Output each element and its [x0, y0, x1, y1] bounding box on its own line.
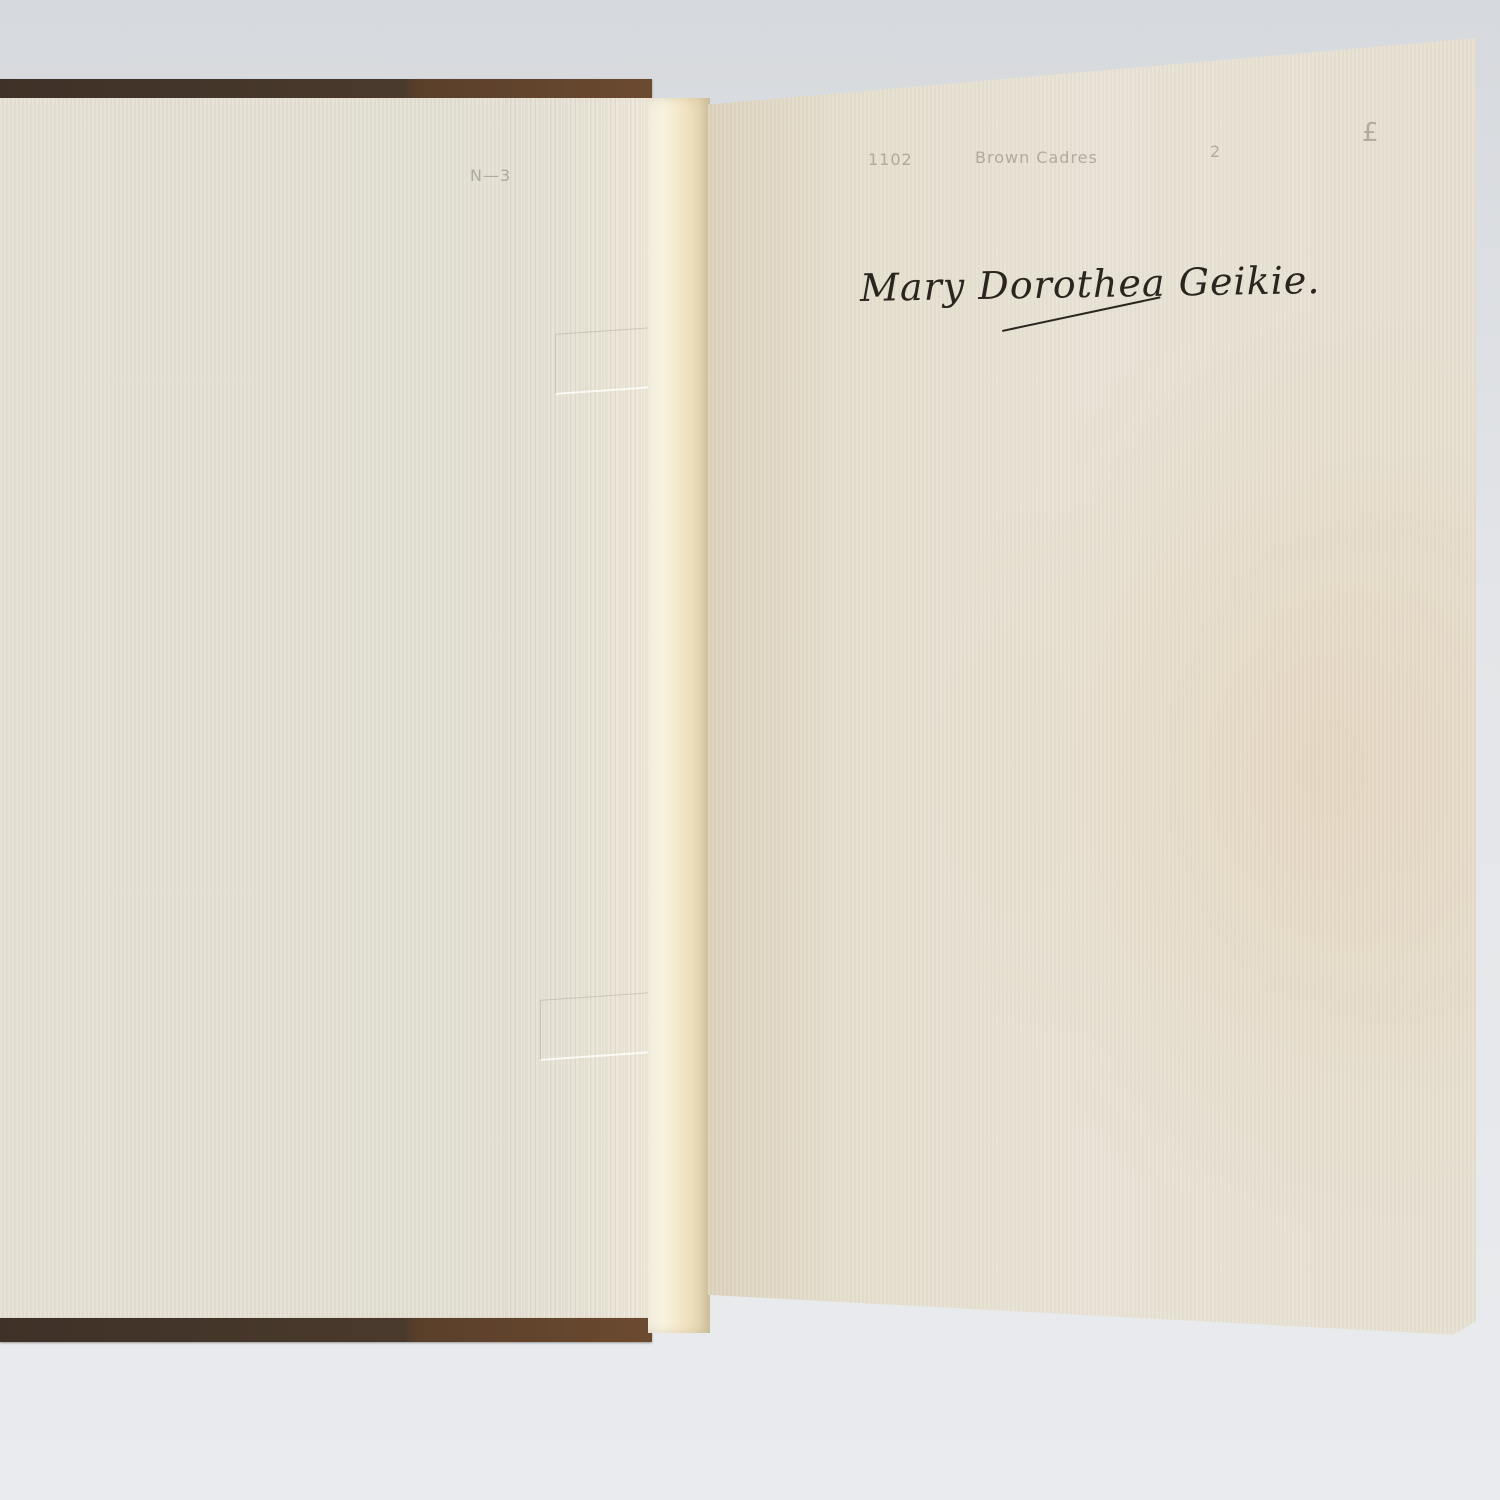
cover-bottom-edge [0, 1318, 652, 1342]
free-endpaper [708, 38, 1476, 1368]
hinge-texture [505, 98, 650, 1320]
pencil-note: N—3 [470, 166, 511, 185]
pencil-note: 2 [1210, 142, 1221, 161]
inside-cover-pastedown: N—3 [0, 98, 650, 1320]
cover-top-edge [0, 79, 652, 99]
pencil-note: 1102 [868, 150, 913, 169]
book-photo: N—3 1102 Brown Cadres 2 £ Mary Dorothea … [0, 0, 1500, 1500]
pencil-note: Brown Cadres [975, 148, 1098, 167]
spine-gutter [648, 98, 710, 1333]
binding-tab-impression-lower [540, 992, 652, 1061]
ownership-inscription: Mary Dorothea Geikie. [860, 258, 1321, 310]
pencil-note: £ [1362, 118, 1380, 148]
